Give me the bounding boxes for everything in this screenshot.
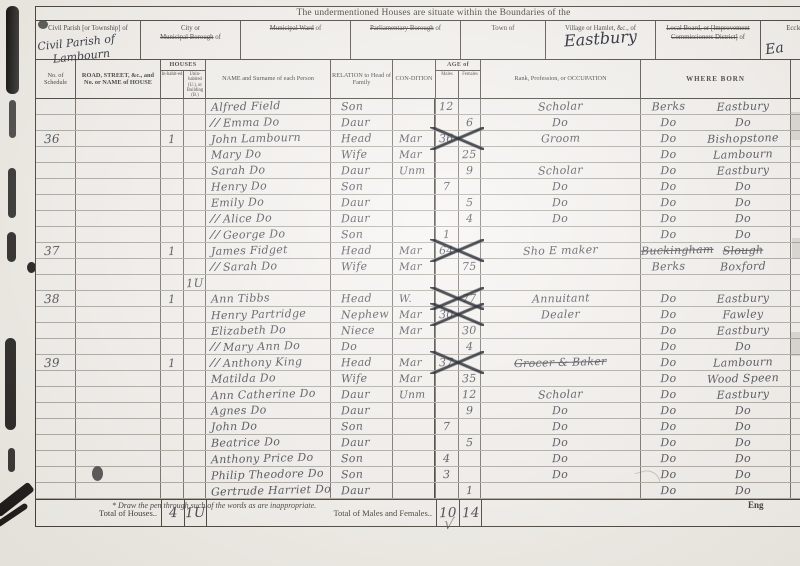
age-female-cell-text: 1	[466, 484, 474, 496]
condition-cell: W.	[393, 291, 436, 306]
person-name: Beatrice Do	[211, 436, 281, 450]
condition-cell-text: Mar	[399, 372, 422, 385]
relation-cell-text: Niece	[341, 324, 375, 337]
uninhabited-cell	[184, 147, 206, 162]
age-female-cell: 5	[459, 195, 481, 210]
born-place: Do	[696, 403, 790, 417]
age-female-cell-text: 12	[462, 388, 477, 400]
occupation-cell	[481, 227, 641, 242]
road-cell	[76, 467, 161, 482]
occupation-cell: Do	[481, 403, 641, 418]
age-male-cell-text: 7	[443, 420, 451, 432]
born-county: Do	[641, 468, 696, 481]
col-header-text: CON-DITION	[395, 75, 432, 83]
uninhabited-cell	[184, 259, 206, 274]
occupation-text: Sho E maker	[523, 244, 598, 258]
ecclesiastical-cell	[791, 339, 800, 354]
handwriting-line: Ea	[764, 32, 800, 59]
col-header-ecclesiastical	[791, 60, 800, 99]
road-cell	[76, 451, 161, 466]
table-body: Alfred FieldSon12ScholarBerksEastburyEmm…	[36, 99, 800, 499]
born-cell: DoDo	[641, 179, 791, 194]
born-cell: BerksEastbury	[641, 99, 791, 114]
ecclesiastical-cell	[791, 227, 800, 242]
name-cell: Agnes Do	[206, 403, 331, 418]
boundary-label-text: of	[434, 25, 441, 32]
table-row: Gertrude Harriet DoDaur1DoDo	[36, 483, 800, 499]
relation-cell: Wife	[331, 147, 393, 162]
age-male-cell	[434, 483, 459, 498]
relation-cell-text: Son	[341, 452, 363, 465]
schedule-cell	[36, 371, 76, 386]
scan-edge-mark	[8, 168, 16, 218]
road-cell	[76, 435, 161, 450]
table-row: Agnes DoDaur9DoDoDo	[36, 403, 800, 419]
occupation-cell: Groom	[481, 131, 641, 146]
born-cell	[641, 275, 791, 290]
born-place: Do	[696, 435, 790, 449]
col-header-schedule: No. of Schedule	[36, 60, 76, 99]
condition-cell-text: Mar	[399, 260, 422, 273]
boundary-cell: Town of	[461, 21, 546, 59]
born-cell: DoDo	[641, 467, 791, 482]
condition-cell	[393, 419, 436, 434]
relation-cell: Daur	[331, 435, 393, 450]
uninhabited-cell	[184, 291, 206, 306]
occupation-cell: Do	[481, 211, 641, 226]
boundary-cell: Local Board, or [ImprovementCommissioner…	[656, 21, 761, 59]
relation-cell: Wife	[331, 371, 393, 386]
born-cell: DoBishopstone	[641, 131, 791, 146]
ecclesiastical-cell	[791, 371, 800, 386]
boundary-label: Parliamentary Borough of	[351, 25, 460, 34]
born-county: Do	[641, 372, 696, 385]
born-cell: DoDo	[641, 451, 791, 466]
age-male-cell: 7	[434, 419, 459, 434]
name-cell: Henry Partridge	[206, 307, 331, 322]
occupation-cell: Dealer	[481, 307, 641, 322]
age-male-cell	[434, 387, 459, 402]
occupation-cell	[481, 147, 641, 162]
age-female-cell-text: 6	[466, 116, 474, 128]
age-female-cell-text: 5	[466, 436, 474, 448]
occupation-text: Annuitant	[531, 292, 589, 306]
road-cell	[76, 243, 161, 258]
relation-cell: Daur	[331, 195, 393, 210]
occupation-text: Grocer & Baker	[514, 355, 607, 369]
age-male-cell	[434, 435, 459, 450]
name-cell	[206, 275, 331, 290]
tick-mark	[209, 214, 221, 223]
born-county: Do	[641, 180, 696, 193]
inhabited-cell-text: 1	[168, 356, 176, 368]
born-county: Do	[641, 148, 696, 161]
table-row: Beatrice DoDaur5DoDoDo	[36, 435, 800, 451]
road-cell	[76, 179, 161, 194]
age-male-cell-text: 12	[439, 100, 454, 112]
col-header-text: In-habit-ed	[162, 72, 183, 77]
schedule-cell	[36, 275, 76, 290]
person-name: John Lambourn	[211, 131, 301, 145]
name-cell: Gertrude Harriet Do	[206, 483, 331, 498]
inhabited-cell	[161, 259, 184, 274]
person-name: Elizabeth Do	[211, 324, 286, 338]
boundary-label: Commissioners District] of	[656, 34, 760, 43]
uninhabited-cell	[184, 115, 206, 130]
person-name: Sarah Do	[223, 260, 278, 273]
condition-cell	[393, 275, 436, 290]
uninhabited-cell	[184, 307, 206, 322]
condition-cell	[393, 195, 436, 210]
condition-cell: Unm	[393, 387, 436, 402]
boundary-label-text: Ecclesi	[786, 25, 800, 32]
born-cell: DoDo	[641, 483, 791, 498]
age-female-cell: 4	[459, 339, 481, 354]
relation-cell: Son	[331, 467, 393, 482]
born-place: Do	[696, 467, 790, 481]
uninhabited-cell	[184, 371, 206, 386]
born-place: Do	[696, 115, 790, 129]
schedule-cell	[36, 195, 76, 210]
schedule-cell: 36	[36, 131, 76, 146]
ecclesiastical-cell	[791, 147, 800, 162]
born-place: Wood Speen	[696, 371, 790, 385]
inhabited-cell	[161, 227, 184, 242]
schedule-cell-text: 36	[36, 132, 60, 145]
relation-cell: Head	[331, 291, 393, 306]
total-females: 14	[459, 500, 482, 526]
born-county: Do	[641, 212, 696, 225]
boundary-label: City or	[141, 25, 240, 34]
table-row: Alfred FieldSon12ScholarBerksEastbury	[36, 99, 800, 115]
inhabited-cell	[161, 403, 184, 418]
relation-cell: Head	[331, 243, 393, 258]
condition-cell-text: Unm	[399, 388, 426, 401]
col-header-uninhabited: Unin-habited (U.), or Building (B.)	[184, 71, 206, 99]
inhabited-cell	[161, 371, 184, 386]
relation-cell: Son	[331, 179, 393, 194]
road-cell	[76, 115, 161, 130]
born-county: Do	[641, 436, 696, 449]
schedule-cell	[36, 307, 76, 322]
schedule-cell	[36, 483, 76, 498]
inhabited-cell: 1	[161, 131, 184, 146]
road-cell	[76, 323, 161, 338]
ecclesiastical-cell	[791, 179, 800, 194]
ecclesiastical-cell	[791, 163, 800, 178]
condition-cell: Mar	[393, 307, 436, 322]
table-row: Alice DoDaur4DoDoDo	[36, 211, 800, 227]
boundary-cell: Parliamentary Borough of	[351, 21, 461, 59]
inhabited-cell	[161, 147, 184, 162]
uninhabited-cell	[184, 483, 206, 498]
born-county: Do	[641, 308, 696, 321]
age-female-cell-text: 75	[462, 260, 477, 272]
boundary-label: Civil Parish [or Township] of	[36, 25, 140, 34]
boundary-cell: City orMunicipal Borough of	[141, 21, 241, 59]
road-cell	[76, 483, 161, 498]
person-name: Emma Do	[223, 116, 280, 129]
col-header-text: HOUSES	[161, 60, 205, 71]
tick-mark	[209, 358, 221, 367]
age-female-cell: 77	[459, 291, 481, 306]
uninhabited-cell	[184, 435, 206, 450]
born-county: Do	[641, 164, 696, 177]
inhabited-cell	[161, 307, 184, 322]
schedule-cell	[36, 179, 76, 194]
born-place: Lambourn	[696, 147, 790, 161]
born-county: Do	[641, 404, 696, 417]
born-place: Do	[696, 419, 790, 433]
col-header-text: No. of Schedule	[37, 72, 74, 88]
relation-cell: Daur	[331, 163, 393, 178]
ecclesiastical-cell	[791, 115, 800, 130]
boundary-label-text: City or	[181, 25, 200, 32]
occupation-cell: Do	[481, 179, 641, 194]
ecclesiastical-cell	[791, 419, 800, 434]
ecclesiastical-cell	[791, 291, 800, 306]
born-cell: DoDo	[641, 211, 791, 226]
age-male-cell: 3	[434, 467, 459, 482]
boundary-label-text: Civil Parish [or Township] of	[48, 25, 128, 32]
age-female-cell-text: 77	[462, 292, 477, 304]
uninhabited-cell	[184, 323, 206, 338]
relation-cell-text: Head	[341, 132, 372, 145]
occupation-text: Dealer	[541, 308, 580, 321]
inhabited-cell: 1	[161, 243, 184, 258]
condition-cell: Mar	[393, 243, 436, 258]
inhabited-cell	[161, 483, 184, 498]
condition-cell: Mar	[393, 259, 436, 274]
census-form: The undermentioned Houses are situate wi…	[35, 6, 800, 527]
relation-cell-text: Son	[341, 228, 363, 241]
relation-cell-text: Daur	[341, 116, 370, 129]
condition-cell	[393, 403, 436, 418]
scan-edge-mark	[9, 100, 16, 138]
condition-cell	[393, 99, 436, 114]
uninhabited-cell	[184, 227, 206, 242]
born-county: Do	[641, 324, 696, 337]
ecclesiastical-cell	[791, 451, 800, 466]
table-row: Mary DoWifeMar25DoLambourn	[36, 147, 800, 163]
occupation-cell: Do	[481, 467, 641, 482]
uninhabited-cell	[184, 163, 206, 178]
age-female-cell: 75	[459, 259, 481, 274]
boundary-label: Municipal Borough of	[141, 34, 240, 43]
born-county: Berks	[641, 100, 696, 113]
relation-cell: Daur	[331, 483, 393, 498]
table-row: 361John LambournHeadMar36GroomDoBishopst…	[36, 131, 800, 147]
age-female-cell-text: 30	[462, 324, 477, 336]
name-cell: Anthony King	[206, 355, 331, 370]
uninhabited-cell	[184, 99, 206, 114]
table-row: 391Anthony KingHeadMar37Grocer & BakerDo…	[36, 355, 800, 371]
born-cell: DoLambourn	[641, 355, 791, 370]
born-county: Do	[641, 228, 696, 241]
age-female-cell: 35	[459, 371, 481, 386]
condition-cell-text: Mar	[399, 148, 422, 161]
uninhabited-cell-text: 1U	[186, 276, 204, 288]
col-header-name: NAME and Surname of each Person	[206, 60, 331, 99]
born-cell: DoDo	[641, 339, 791, 354]
table-row: 1U	[36, 275, 800, 291]
relation-cell-text: Wife	[341, 260, 368, 273]
age-female-cell	[459, 179, 481, 194]
relation-cell-text: Daur	[341, 436, 370, 449]
table-row: 381Ann TibbsHeadW.77AnnuitantDoEastbury	[36, 291, 800, 307]
road-cell	[76, 275, 161, 290]
occupation-text: Groom	[541, 132, 581, 145]
footnote: * Draw the pen through such of the words…	[112, 501, 316, 510]
occupation-cell: Annuitant	[481, 291, 641, 306]
name-cell: Alfred Field	[206, 99, 331, 114]
col-header-born: WHERE BORN	[641, 60, 791, 99]
born-place: Do	[696, 451, 790, 465]
age-male-cell-text: 1	[443, 228, 451, 240]
condition-cell-text: Unm	[399, 164, 426, 177]
born-cell: BerksBoxford	[641, 259, 791, 274]
total-females-value: 14	[461, 507, 479, 519]
age-female-cell: 1	[459, 483, 481, 498]
boundary-cell: Municipal Ward of	[241, 21, 351, 59]
ecclesiastical-cell	[791, 435, 800, 450]
occupation-text: Scholar	[538, 100, 583, 113]
condition-cell	[393, 227, 436, 242]
age-male-cell	[434, 323, 459, 338]
boundary-label: Village or Hamlet, &c., of	[546, 25, 655, 34]
born-place: Eastbury	[696, 99, 790, 113]
occupation-text: Do	[552, 436, 568, 448]
col-header-age: AGE of Males Females	[436, 60, 481, 99]
relation-cell: Son	[331, 451, 393, 466]
person-name: Sarah Do	[211, 164, 266, 177]
schedule-cell	[36, 387, 76, 402]
inhabited-cell	[161, 195, 184, 210]
occupation-cell: Do	[481, 435, 641, 450]
relation-cell: Daur	[331, 115, 393, 130]
occupation-text: Do	[552, 196, 568, 208]
road-cell	[76, 403, 161, 418]
occupation-cell: Scholar	[481, 387, 641, 402]
total-males-value: 10	[439, 507, 457, 519]
person-name: John Do	[211, 420, 258, 433]
age-male-cell	[434, 163, 459, 178]
age-male-cell-text: 64	[439, 244, 454, 256]
condition-cell	[393, 467, 436, 482]
relation-cell-text: Son	[341, 420, 363, 433]
born-place: Eastbury	[696, 163, 790, 177]
road-cell	[76, 259, 161, 274]
uninhabited-cell	[184, 451, 206, 466]
uninhabited-cell	[184, 339, 206, 354]
handwritten-entry: Ea	[760, 32, 800, 60]
schedule-cell	[36, 419, 76, 434]
relation-cell-text: Head	[341, 244, 372, 257]
ecclesiastical-cell	[791, 275, 800, 290]
road-cell	[76, 419, 161, 434]
age-male-cell	[434, 147, 459, 162]
condition-cell	[393, 115, 436, 130]
born-county: Do	[641, 484, 696, 497]
inhabited-cell	[161, 211, 184, 226]
boundary-label-text: of	[214, 34, 221, 41]
age-female-cell: 9	[459, 163, 481, 178]
born-county: Do	[641, 340, 696, 353]
boundary-cell: Village or Hamlet, &c., ofEastbury	[546, 21, 656, 59]
boundary-label-text: Municipal Ward	[270, 25, 314, 32]
condition-cell: Mar	[393, 371, 436, 386]
ecclesiastical-cell	[791, 355, 800, 370]
boundary-label-text: of	[314, 25, 321, 32]
occupation-text: Do	[552, 420, 568, 432]
born-cell: DoDo	[641, 435, 791, 450]
age-male-cell-text: 7	[443, 180, 451, 192]
inhabited-cell	[161, 99, 184, 114]
inhabited-cell	[161, 323, 184, 338]
schedule-cell	[36, 259, 76, 274]
relation-cell	[331, 275, 393, 290]
uninhabited-cell	[184, 403, 206, 418]
boundary-label: Local Board, or [Improvement	[656, 25, 760, 34]
born-place: Do	[696, 227, 790, 241]
occupation-text: Do	[552, 452, 568, 464]
table-row: 371James FidgetHeadMar64Sho E makerBucki…	[36, 243, 800, 259]
occupation-cell: Do	[481, 419, 641, 434]
age-female-cell	[459, 419, 481, 434]
born-cell: DoDo	[641, 195, 791, 210]
name-cell: Ann Tibbs	[206, 291, 331, 306]
relation-cell: Son	[331, 419, 393, 434]
col-header-text: WHERE BORN	[686, 75, 745, 84]
age-female-cell	[459, 227, 481, 242]
condition-cell-text: Mar	[399, 324, 422, 337]
tick-mark	[209, 118, 221, 127]
name-cell: Matilda Do	[206, 371, 331, 386]
ecclesiastical-cell	[791, 243, 800, 258]
age-male-cell-text: 3	[443, 468, 451, 480]
condition-cell	[393, 435, 436, 450]
schedule-cell: 38	[36, 291, 76, 306]
ecclesiastical-cell	[791, 99, 800, 114]
occupation-text: Do	[552, 468, 568, 480]
person-name: Anthony King	[223, 355, 303, 369]
age-male-cell: 37	[434, 355, 459, 370]
age-male-cell	[434, 291, 459, 306]
age-male-cell: 1	[434, 227, 459, 242]
relation-cell-text: Daur	[341, 212, 370, 225]
schedule-cell	[36, 323, 76, 338]
col-header-road: ROAD, STREET, &c., and No. or NAME of HO…	[76, 60, 161, 99]
inhabited-cell: 1	[161, 355, 184, 370]
col-header-text: Unin-habited (U.), or Building (B.)	[184, 72, 206, 99]
condition-cell: Mar	[393, 147, 436, 162]
name-cell: Emma Do	[206, 115, 331, 130]
condition-cell: Unm	[393, 163, 436, 178]
relation-cell: Head	[331, 131, 393, 146]
condition-cell: Mar	[393, 323, 436, 338]
road-cell	[76, 99, 161, 114]
inhabited-cell	[161, 115, 184, 130]
born-county: Do	[641, 196, 696, 209]
born-cell: DoDo	[641, 403, 791, 418]
ecclesiastical-cell	[791, 467, 800, 482]
occupation-cell: Do	[481, 115, 641, 130]
age-female-cell-text: 25	[462, 148, 477, 160]
age-female-cell	[459, 99, 481, 114]
occupation-cell	[481, 259, 641, 274]
relation-cell-text: Son	[341, 468, 363, 481]
condition-cell-text: W.	[399, 292, 412, 304]
